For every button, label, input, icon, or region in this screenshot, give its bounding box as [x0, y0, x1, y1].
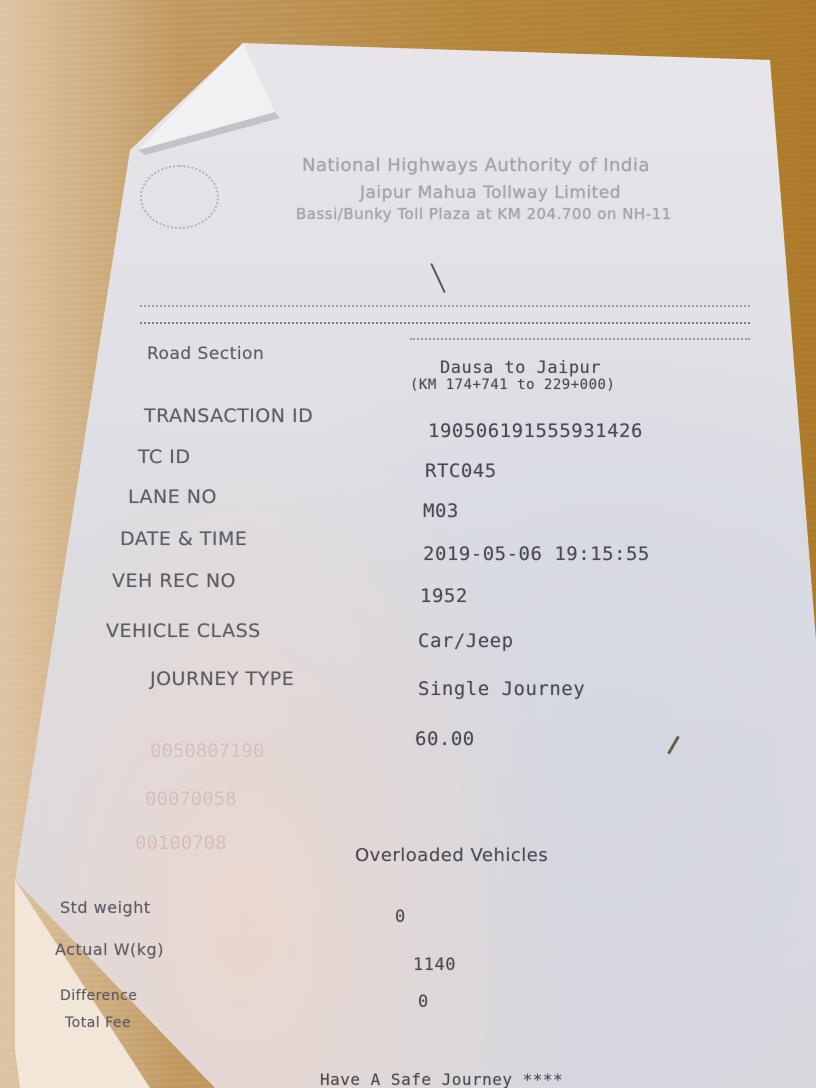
field-value-road-section: Dausa to Jaipur — [440, 358, 601, 378]
field-label-lane-no: LANE NO — [128, 486, 217, 508]
field-value-journey-type: Single Journey — [418, 678, 585, 700]
field-value-lane-no: M03 — [423, 500, 459, 522]
divider-2 — [140, 322, 750, 324]
ghost-print-2: 00070058 — [145, 788, 237, 810]
header-line-1: National Highways Authority of India — [302, 155, 650, 176]
divider-3 — [410, 338, 750, 340]
field-label-road-section: Road Section — [147, 344, 264, 364]
field-sub-road-section: (KM 174+741 to 229+000) — [410, 377, 615, 393]
ghost-print-3: 00100708 — [135, 832, 227, 854]
field-label-tc-id: TC ID — [138, 446, 191, 468]
divider-1 — [140, 305, 750, 307]
closing-message: Have A Safe Journey **** — [320, 1070, 563, 1088]
field-label-veh-rec-no: VEH REC NO — [112, 570, 236, 592]
footer-label-std-weight: Std weight — [60, 898, 151, 917]
header-line-2: Jaipur Mahua Tollway Limited — [360, 183, 621, 203]
footer-label-difference: Difference — [60, 988, 137, 1004]
fee-amount: 60.00 — [415, 728, 475, 750]
field-value-vehicle-class: Car/Jeep — [418, 630, 514, 652]
footer-value-actual-weight: 1140 — [413, 955, 456, 975]
logo-stamp-icon — [140, 165, 219, 229]
field-value-tc-id: RTC045 — [425, 460, 497, 482]
footer-value-difference: 0 — [418, 992, 429, 1012]
footer-label-actual-weight: Actual W(kg) — [55, 940, 164, 959]
footer-heading: Overloaded Vehicles — [355, 845, 548, 866]
footer-label-total-fee: Total Fee — [65, 1015, 131, 1031]
field-label-journey-type: JOURNEY TYPE — [150, 668, 294, 690]
field-value-date-time: 2019-05-06 19:15:55 — [423, 543, 650, 565]
field-label-vehicle-class: VEHICLE CLASS — [106, 620, 261, 642]
field-label-transaction-id: TRANSACTION ID — [144, 405, 313, 427]
field-value-veh-rec-no: 1952 — [420, 585, 468, 607]
ghost-print-1: 0050807190 — [150, 740, 264, 762]
field-value-transaction-id: 190506191555931426 — [428, 420, 643, 442]
field-label-date-time: DATE & TIME — [120, 528, 247, 550]
footer-value-std-weight: 0 — [395, 907, 406, 927]
header-line-3: Bassi/Bunky Toll Plaza at KM 204.700 on … — [296, 205, 672, 223]
